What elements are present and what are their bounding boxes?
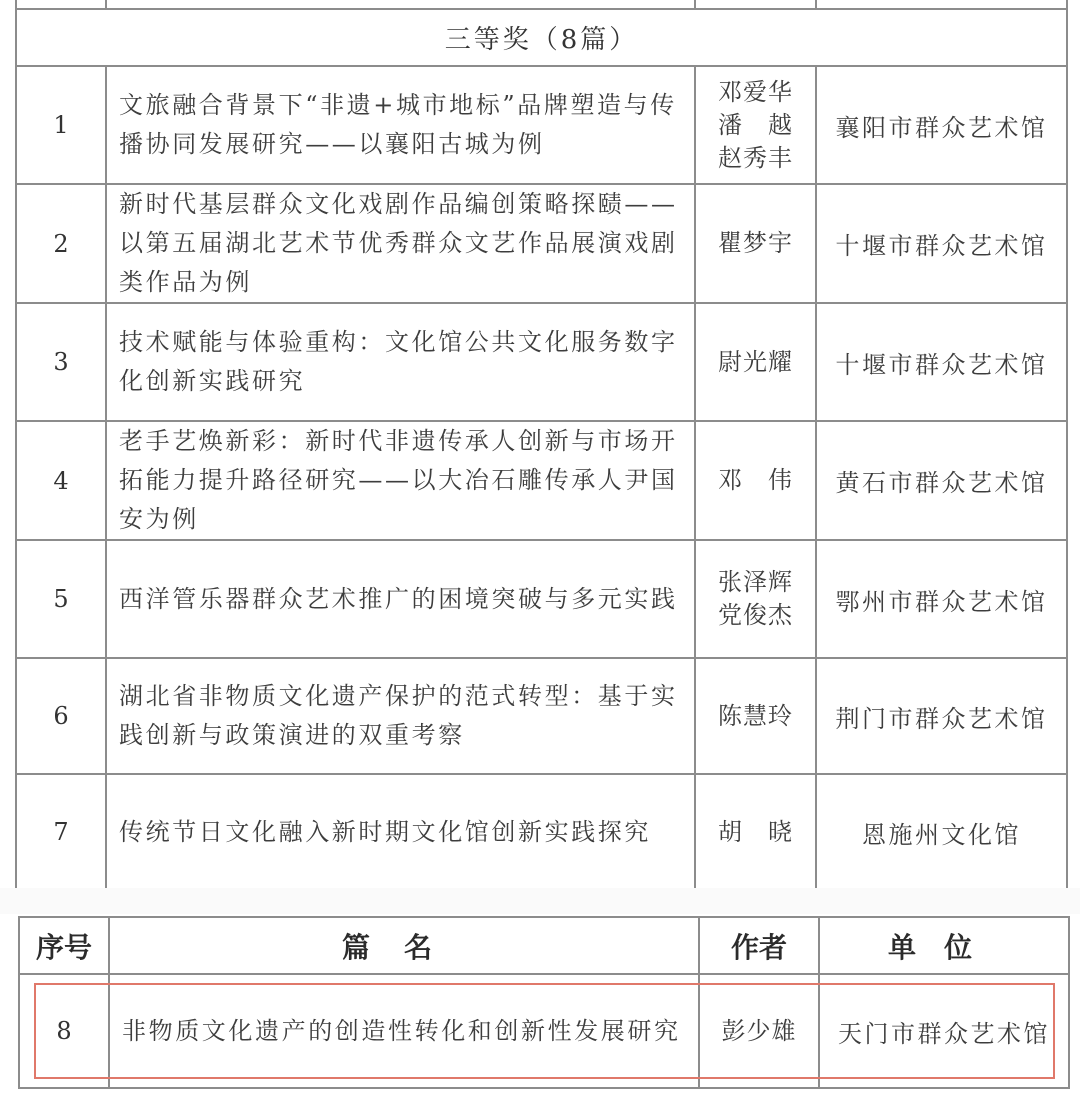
authors: 彭少雄 <box>699 974 819 1088</box>
table-row: 2 新时代基层群众文化戏剧作品编创策略探赜——以第五届湖北艺术节优秀群众文艺作品… <box>16 184 1067 303</box>
row-number: 7 <box>16 774 106 890</box>
authors: 胡 晓 <box>695 774 816 890</box>
authors: 邓爱华 潘 越 赵秀丰 <box>695 66 816 184</box>
paper-title: 西洋管乐器群众艺术推广的困境突破与多元实践 <box>106 540 695 658</box>
unit: 十堰市群众艺术馆 <box>816 184 1067 303</box>
table-row: 3 技术赋能与体验重构：文化馆公共文化服务数字化创新实践研究 尉光耀 十堰市群众… <box>16 303 1067 421</box>
header-unit: 单位 <box>819 917 1069 974</box>
header-title: 篇名 <box>109 917 699 974</box>
paper-title: 新时代基层群众文化戏剧作品编创策略探赜——以第五届湖北艺术节优秀群众文艺作品展演… <box>106 184 695 303</box>
row-number: 5 <box>16 540 106 658</box>
row-number: 3 <box>16 303 106 421</box>
author-name: 赵秀丰 <box>696 142 815 175</box>
section-heading-row: 三等奖（8篇） <box>16 9 1067 66</box>
paper-title: 文旅融合背景下“非遗+城市地标”品牌塑造与传播协同发展研究——以襄阳古城为例 <box>106 66 695 184</box>
table-row-highlighted: 8 非物质文化遗产的创造性转化和创新性发展研究 彭少雄 天门市群众艺术馆 <box>19 974 1069 1088</box>
row-number: 2 <box>16 184 106 303</box>
author-name: 邓 伟 <box>696 464 815 497</box>
previous-row-cut-off <box>16 0 1067 9</box>
author-name: 尉光耀 <box>696 346 815 379</box>
unit: 荆门市群众艺术馆 <box>816 658 1067 774</box>
author-name: 瞿梦宇 <box>696 227 815 260</box>
row-number: 6 <box>16 658 106 774</box>
paper-title: 技术赋能与体验重构：文化馆公共文化服务数字化创新实践研究 <box>106 303 695 421</box>
paper-title: 非物质文化遗产的创造性转化和创新性发展研究 <box>109 974 699 1088</box>
unit: 天门市群众艺术馆 <box>819 974 1069 1088</box>
awards-table-continued: 序号 篇名 作者 单位 8 非物质文化遗产的创造性转化和创新性发展研究 彭少雄 … <box>18 916 1070 1089</box>
author-name: 陈慧玲 <box>696 700 815 733</box>
authors: 尉光耀 <box>695 303 816 421</box>
page-gap <box>0 888 1080 914</box>
header-number: 序号 <box>19 917 109 974</box>
section-heading: 三等奖（8篇） <box>16 9 1067 66</box>
paper-title: 湖北省非物质文化遗产保护的范式转型：基于实践创新与政策演进的双重考察 <box>106 658 695 774</box>
unit: 鄂州市群众艺术馆 <box>816 540 1067 658</box>
row-number: 4 <box>16 421 106 540</box>
awards-table-third-prize: 三等奖（8篇） 1 文旅融合背景下“非遗+城市地标”品牌塑造与传播协同发展研究—… <box>15 0 1068 891</box>
table-row: 7 传统节日文化融入新时期文化馆创新实践探究 胡 晓 恩施州文化馆 <box>16 774 1067 890</box>
unit: 黄石市群众艺术馆 <box>816 421 1067 540</box>
author-name: 彭少雄 <box>700 1015 818 1048</box>
table-header-row: 序号 篇名 作者 单位 <box>19 917 1069 974</box>
table-row: 6 湖北省非物质文化遗产保护的范式转型：基于实践创新与政策演进的双重考察 陈慧玲… <box>16 658 1067 774</box>
header-author: 作者 <box>699 917 819 974</box>
unit: 襄阳市群众艺术馆 <box>816 66 1067 184</box>
table-row: 5 西洋管乐器群众艺术推广的困境突破与多元实践 张泽辉 党俊杰 鄂州市群众艺术馆 <box>16 540 1067 658</box>
paper-title: 老手艺焕新彩：新时代非遗传承人创新与市场开拓能力提升路径研究——以大冶石雕传承人… <box>106 421 695 540</box>
authors: 瞿梦宇 <box>695 184 816 303</box>
row-number: 8 <box>19 974 109 1088</box>
author-name: 邓爱华 <box>696 76 815 109</box>
author-name: 胡 晓 <box>696 816 815 849</box>
author-name: 张泽辉 <box>696 566 815 599</box>
authors: 张泽辉 党俊杰 <box>695 540 816 658</box>
unit: 恩施州文化馆 <box>816 774 1067 890</box>
author-name: 潘 越 <box>696 109 815 142</box>
table-row: 1 文旅融合背景下“非遗+城市地标”品牌塑造与传播协同发展研究——以襄阳古城为例… <box>16 66 1067 184</box>
authors: 陈慧玲 <box>695 658 816 774</box>
table-row: 4 老手艺焕新彩：新时代非遗传承人创新与市场开拓能力提升路径研究——以大冶石雕传… <box>16 421 1067 540</box>
paper-title: 传统节日文化融入新时期文化馆创新实践探究 <box>106 774 695 890</box>
row-number: 1 <box>16 66 106 184</box>
unit: 十堰市群众艺术馆 <box>816 303 1067 421</box>
authors: 邓 伟 <box>695 421 816 540</box>
author-name: 党俊杰 <box>696 599 815 632</box>
